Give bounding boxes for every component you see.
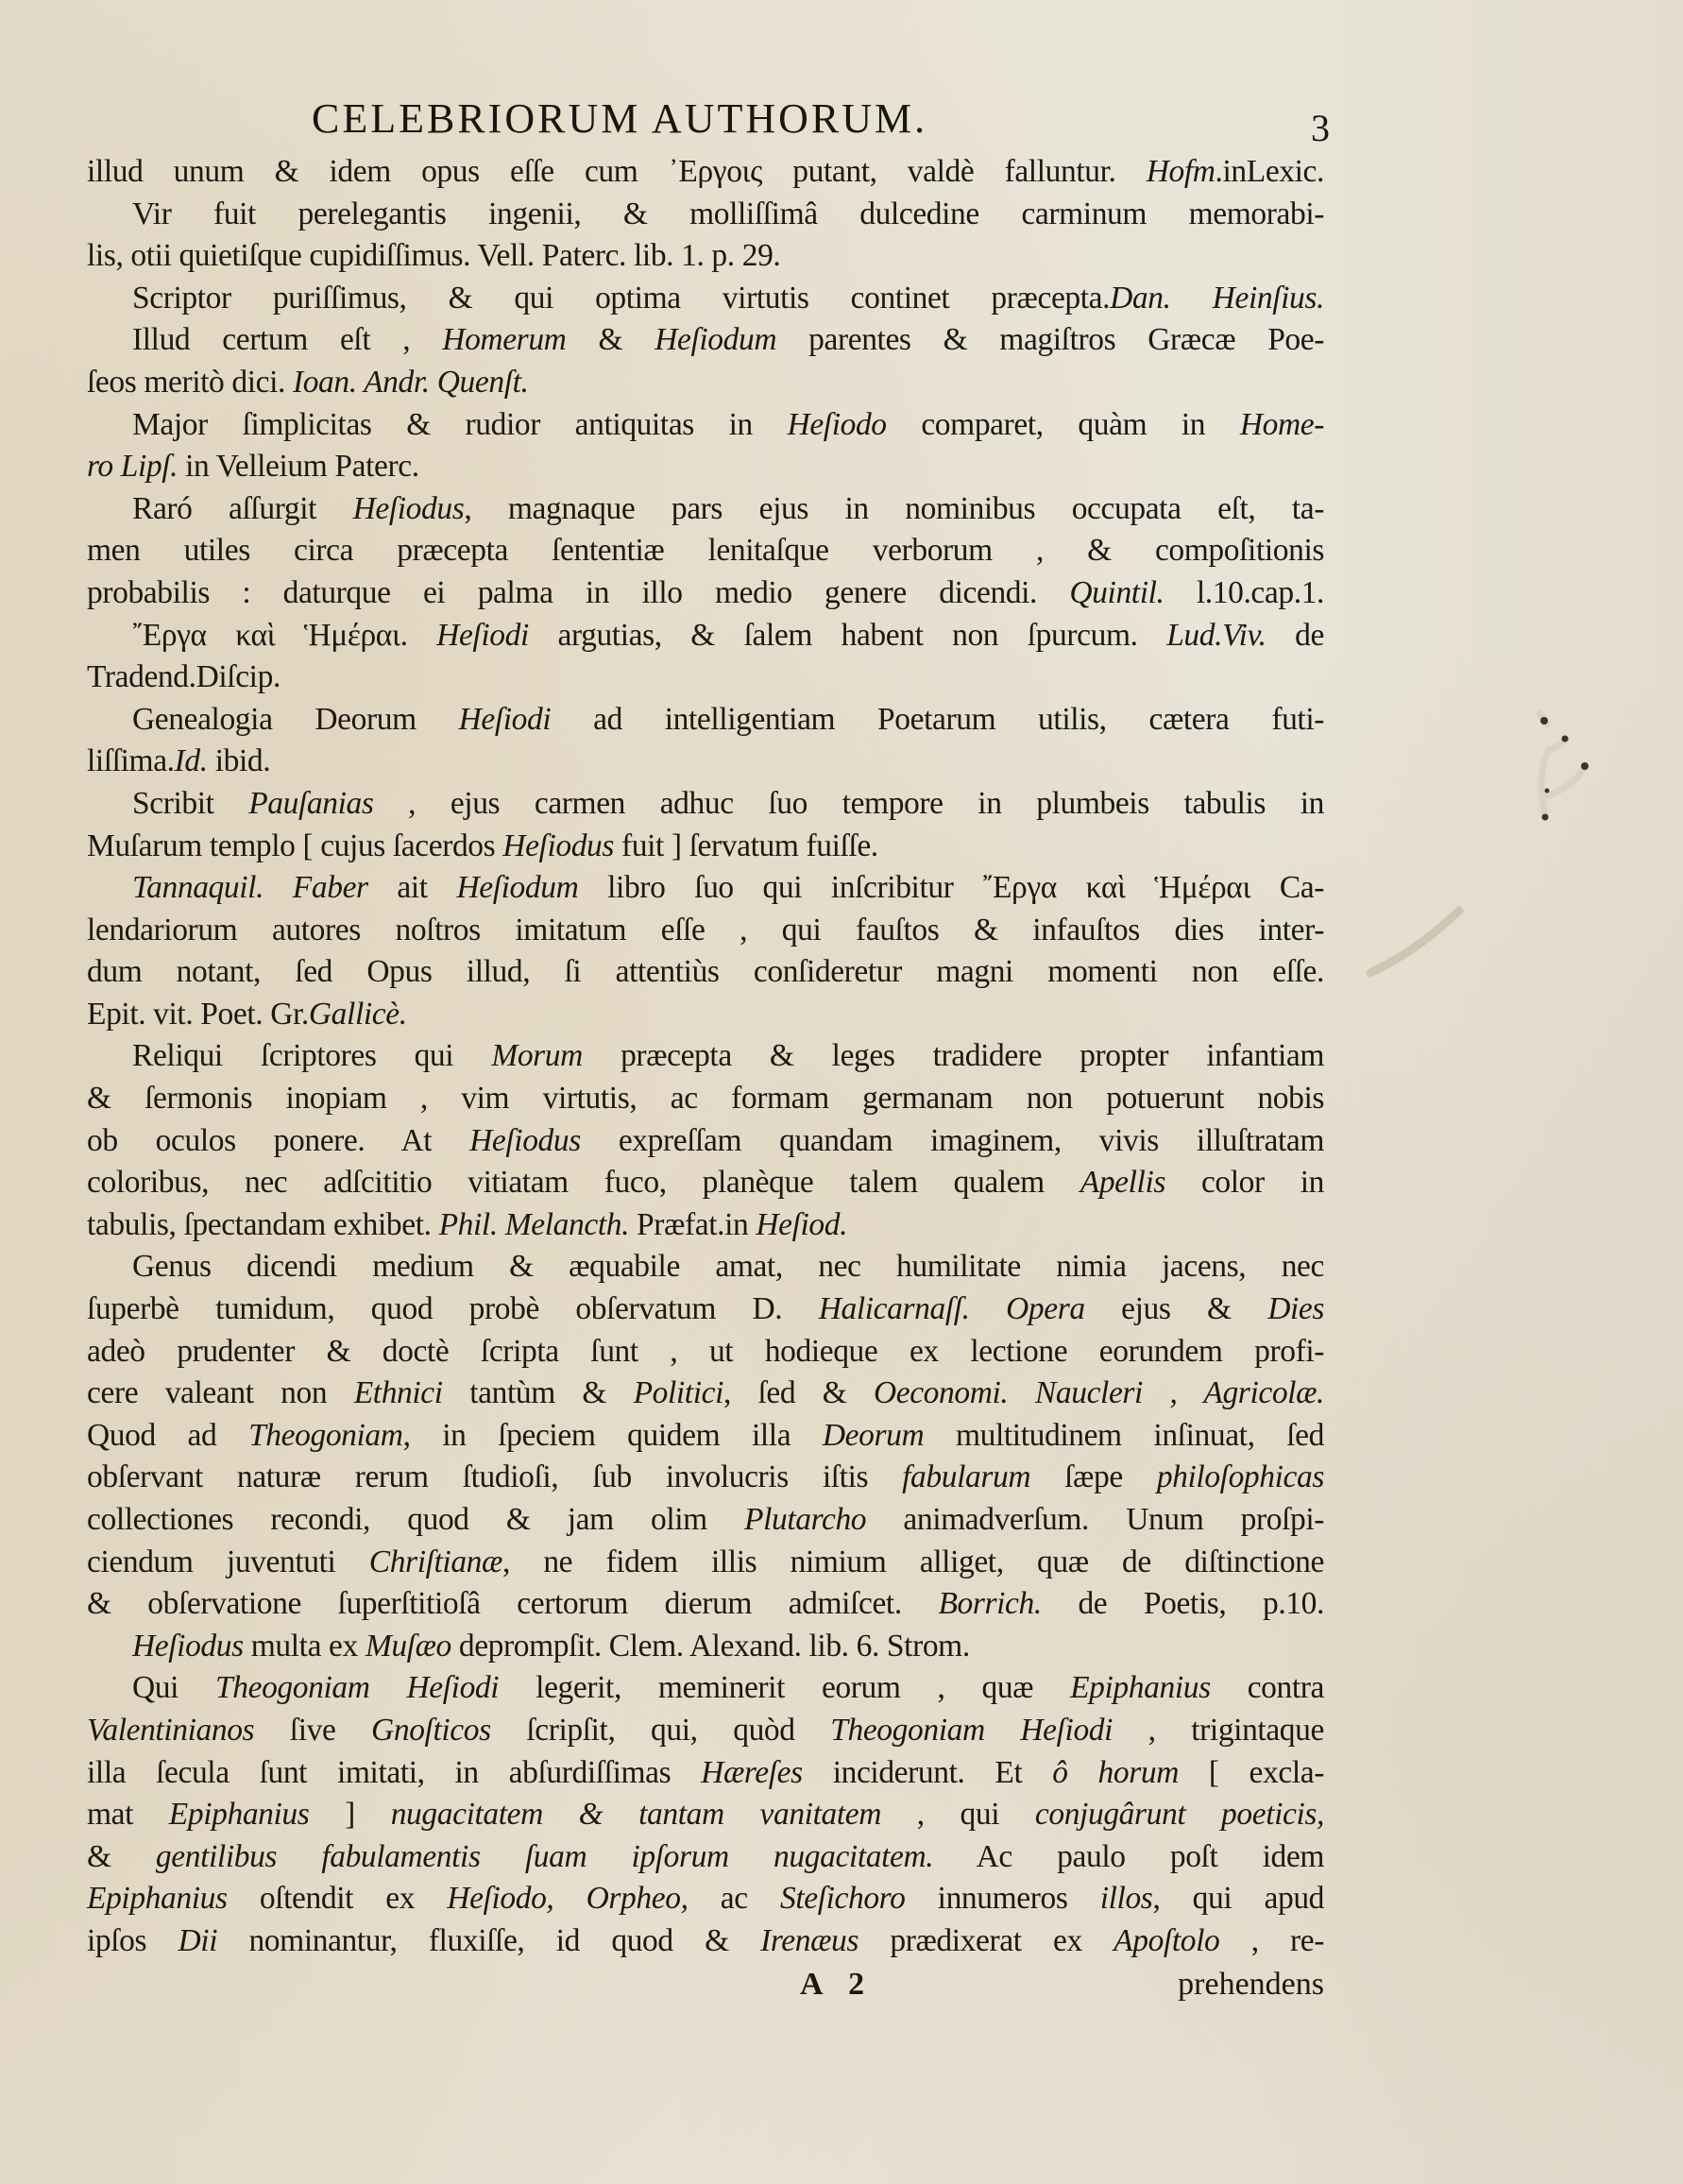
roman-text: & obſervatione ſuperſtitioſâ certorum di… bbox=[87, 1586, 938, 1621]
roman-text: legerit, meminerit eorum , quæ bbox=[499, 1670, 1070, 1705]
signature-mark: A 2 bbox=[800, 1967, 874, 2003]
italic-text: Heſiodus bbox=[353, 491, 465, 526]
text-line: men utiles circa præcepta ſententiæ leni… bbox=[87, 530, 1324, 572]
text-line: ῎Εργα καὶ Ἡμέραι. Heſiodi argutias, & ſa… bbox=[87, 615, 1324, 657]
text-line: Scriptor puriſſimus, & qui optima virtut… bbox=[87, 278, 1324, 320]
italic-text: Halicarnaſſ. Opera bbox=[819, 1291, 1085, 1326]
roman-text: illa ſecula ſunt imitati, in abſurdiſſim… bbox=[87, 1755, 701, 1790]
italic-text: Ioan. Andr. Quenſt. bbox=[293, 365, 529, 400]
roman-text: , magnaque pars ejus in nominibus occupa… bbox=[464, 491, 1324, 526]
italic-text: Heſiodo bbox=[788, 407, 887, 442]
italic-text: Chriſtianæ bbox=[369, 1544, 502, 1579]
roman-text: ῎Εργα καὶ Ἡμέραι. bbox=[132, 618, 436, 653]
italic-text: Muſæo bbox=[365, 1629, 451, 1664]
text-line: & obſervatione ſuperſtitioſâ certorum di… bbox=[87, 1583, 1324, 1626]
text-line: coloribus, nec adſcititio vitiatam fuco,… bbox=[87, 1162, 1324, 1204]
roman-text: liſſima. bbox=[87, 743, 175, 778]
roman-text: parentes & magiſtros Græcæ Poe- bbox=[776, 322, 1324, 357]
text-line: Heſiodus multa ex Muſæo deprompſit. Clem… bbox=[87, 1626, 1324, 1668]
text-line: Valentinianos ſive Gnoſticos ſcripſit, q… bbox=[87, 1710, 1324, 1752]
italic-text: Dan. Heinſius. bbox=[1110, 281, 1324, 316]
italic-text: Gallicè. bbox=[309, 997, 407, 1032]
text-line: illa ſecula ſunt imitati, in abſurdiſſim… bbox=[87, 1752, 1324, 1795]
roman-text: oſtendit ex bbox=[228, 1881, 448, 1916]
italic-text: Theogoniam Heſiodi bbox=[215, 1670, 499, 1705]
roman-text: ᾿Εργοις bbox=[669, 154, 762, 189]
roman-text: , ne fidem illis nimium alliget, quæ de … bbox=[502, 1544, 1324, 1579]
roman-text: lendariorum autores noſtros imitatum eſſ… bbox=[87, 913, 1324, 947]
italic-text: Heſiod. bbox=[756, 1207, 847, 1242]
roman-text: nominantur, fluxiſſe, id quod & bbox=[217, 1923, 760, 1958]
italic-text: gentilibus fabulamentis ſuam ipſorum nug… bbox=[156, 1839, 933, 1874]
text-line: Genus dicendi medium & æquabile amat, ne… bbox=[87, 1246, 1324, 1288]
roman-text: color in bbox=[1165, 1165, 1324, 1200]
roman-text: , qui apud bbox=[1152, 1881, 1324, 1916]
italic-text: Dii bbox=[178, 1923, 218, 1958]
roman-text: ipſos bbox=[87, 1923, 178, 1958]
text-line: ciendum juventuti Chriſtianæ, ne fidem i… bbox=[87, 1542, 1324, 1584]
roman-text: Præfat.in bbox=[629, 1207, 756, 1242]
text-line: probabilis : daturque ei palma in illo m… bbox=[87, 572, 1324, 615]
running-head: CELEBRIORUM AUTHORUM. bbox=[312, 94, 927, 143]
text-line: Illud certum eſt , Homerum & Heſiodum pa… bbox=[87, 319, 1324, 362]
roman-text: , in ſpeciem quidem illa bbox=[403, 1418, 823, 1453]
text-line: illud unum & idem opus eſſe cum ᾿Εργοις … bbox=[87, 151, 1324, 194]
roman-text: ſeos meritò dici. bbox=[87, 365, 293, 400]
italic-text: Dies bbox=[1267, 1291, 1324, 1326]
text-line: adeò prudenter & doctè ſcripta ſunt , ut… bbox=[87, 1331, 1324, 1374]
body-text: illud unum & idem opus eſſe cum ᾿Εργοις … bbox=[87, 151, 1324, 1963]
text-line: collectiones recondi, quod & jam olim Pl… bbox=[87, 1499, 1324, 1542]
roman-text: multitudinem inſinuat, ſed bbox=[924, 1418, 1324, 1453]
text-line: ſuperbè tumidum, quod probè obſervatum D… bbox=[87, 1288, 1324, 1331]
text-line: obſervant naturæ rerum ſtudioſi, ſub inv… bbox=[87, 1457, 1324, 1499]
italic-text: Epiphanius bbox=[87, 1881, 228, 1916]
italic-text: Morum bbox=[491, 1038, 583, 1073]
roman-text: expreſſam quandam imaginem, vivis illuſt… bbox=[581, 1123, 1324, 1158]
roman-text: Scriptor puriſſimus, & qui optima virtut… bbox=[132, 281, 1110, 316]
roman-text: deprompſit. Clem. Alexand. lib. 6. Strom… bbox=[451, 1629, 970, 1664]
roman-text: ſcripſit, qui, quòd bbox=[491, 1713, 831, 1748]
roman-text: ejus & bbox=[1085, 1291, 1267, 1326]
roman-text: fuit ] ſervatum fuiſſe. bbox=[614, 828, 878, 863]
italic-text: Heſiodo, Orpheo, bbox=[447, 1881, 688, 1916]
italic-text: Heſiodi bbox=[459, 702, 552, 737]
roman-text: libro ſuo qui inſcribitur ῎Εργα καὶ Ἡμέρ… bbox=[578, 870, 1324, 905]
italic-text: Heſiodum bbox=[456, 870, 578, 905]
roman-text: multa ex bbox=[244, 1629, 365, 1664]
roman-text: ſæpe bbox=[1030, 1459, 1157, 1494]
roman-text: ſive bbox=[254, 1713, 371, 1748]
roman-text: lis, otii quietiſque cupidiſſimus. Vell.… bbox=[87, 238, 780, 273]
roman-text: ] bbox=[309, 1797, 390, 1832]
roman-text: Genealogia Deorum bbox=[132, 702, 459, 737]
italic-text: Heſiodus bbox=[502, 828, 614, 863]
roman-text: animadverſum. Unum proſpi- bbox=[866, 1502, 1324, 1537]
text-line: ro Lipſ. in Velleium Paterc. bbox=[87, 446, 1324, 488]
margin-scratch-mark-icon bbox=[1365, 897, 1478, 982]
roman-text: ad intelligentiam Poetarum utilis, cæter… bbox=[551, 702, 1324, 737]
roman-text: ait bbox=[368, 870, 457, 905]
roman-text: ibid. bbox=[208, 743, 270, 778]
roman-text: comparet, quàm in bbox=[887, 407, 1240, 442]
catchword: prehendens bbox=[1178, 1967, 1324, 2003]
roman-text: , ſed & bbox=[723, 1375, 874, 1410]
italic-text: Apellis bbox=[1080, 1165, 1165, 1200]
roman-text: .inLexic. bbox=[1215, 154, 1324, 189]
text-line: & ſermonis inopiam , vim virtutis, ac fo… bbox=[87, 1078, 1324, 1120]
roman-text: & bbox=[566, 322, 654, 357]
text-line: ipſos Dii nominantur, fluxiſſe, id quod … bbox=[87, 1920, 1324, 1963]
italic-text: Heſiodi bbox=[436, 618, 529, 653]
text-line: Major ſimplicitas & rudior antiquitas in… bbox=[87, 404, 1324, 447]
text-line: mat Epiphanius ] nugacitatem & tantam va… bbox=[87, 1794, 1324, 1836]
roman-text: Ac paulo poſt idem bbox=[933, 1839, 1324, 1874]
italic-text: Borrich. bbox=[938, 1586, 1041, 1621]
roman-text: Illud certum eſt , bbox=[132, 322, 442, 357]
italic-text: Plutarcho bbox=[744, 1502, 866, 1537]
text-line: Reliqui ſcriptores qui Morum præcepta & … bbox=[87, 1035, 1324, 1078]
italic-text: Hæreſes bbox=[701, 1755, 803, 1790]
italic-text: philoſophicas bbox=[1157, 1459, 1324, 1494]
italic-text: Pauſanias bbox=[248, 786, 373, 821]
roman-text: de bbox=[1266, 618, 1324, 653]
roman-text: ac bbox=[688, 1881, 780, 1916]
italic-text: Valentinianos bbox=[87, 1713, 254, 1748]
text-line: Epiphanius oſtendit ex Heſiodo, Orpheo, … bbox=[87, 1878, 1324, 1920]
roman-text: probabilis : daturque ei palma in illo m… bbox=[87, 575, 1069, 610]
roman-text: , ejus carmen adhuc ſuo tempore in plumb… bbox=[373, 786, 1324, 821]
book-page: CELEBRIORUM AUTHORUM. 3 illud unum & ide… bbox=[0, 0, 1683, 2184]
roman-text: contra bbox=[1211, 1670, 1324, 1705]
roman-text: Quod ad bbox=[87, 1418, 248, 1453]
roman-text: dum notant, ſed Opus illud, ſi attentiùs… bbox=[87, 954, 1324, 989]
text-line: Tannaquil. Faber ait Heſiodum libro ſuo … bbox=[87, 867, 1324, 910]
roman-text: ciendum juventuti bbox=[87, 1544, 369, 1579]
roman-text: ob oculos ponere. At bbox=[87, 1123, 469, 1158]
roman-text: collectiones recondi, quod & jam olim bbox=[87, 1502, 744, 1537]
italic-text: Homerum bbox=[442, 322, 566, 357]
italic-text: fabularum bbox=[902, 1459, 1030, 1494]
italic-text: illos bbox=[1100, 1881, 1153, 1916]
italic-text: Quintil. bbox=[1069, 575, 1164, 610]
roman-text: Vir fuit perelegantis ingenii, & molliſſ… bbox=[132, 196, 1324, 231]
roman-text: Muſarum templo [ cujus ſacerdos bbox=[87, 828, 502, 863]
roman-text: prædixerat ex bbox=[858, 1923, 1113, 1958]
text-line: Scribit Pauſanias , ejus carmen adhuc ſu… bbox=[87, 783, 1324, 826]
italic-text: Tannaquil. Faber bbox=[132, 870, 368, 905]
italic-text: Oeconomi. Naucleri , Agricolæ. bbox=[874, 1375, 1324, 1410]
roman-text: Genus dicendi medium & æquabile amat, ne… bbox=[132, 1249, 1324, 1284]
text-line: Epit. vit. Poet. Gr.Gallicè. bbox=[87, 994, 1324, 1036]
italic-text: Heſiodus bbox=[469, 1123, 581, 1158]
roman-text: Qui bbox=[132, 1670, 215, 1705]
roman-text: ſuperbè tumidum, quod probè obſervatum D… bbox=[87, 1291, 819, 1326]
page-footer: A 2 prehendens bbox=[87, 1967, 1324, 2014]
italic-text: Irenæus bbox=[760, 1923, 858, 1958]
roman-text: obſervant naturæ rerum ſtudioſi, ſub inv… bbox=[87, 1459, 902, 1494]
roman-text: coloribus, nec adſcititio vitiatam fuco,… bbox=[87, 1165, 1080, 1200]
text-line: ſeos meritò dici. Ioan. Andr. Quenſt. bbox=[87, 362, 1324, 404]
roman-text: tantùm & bbox=[443, 1375, 634, 1410]
italic-text: Phil. Melancth. bbox=[439, 1207, 629, 1242]
roman-text: innumeros bbox=[905, 1881, 1099, 1916]
roman-text: de Poetis, p.10. bbox=[1042, 1586, 1324, 1621]
text-line: cere valeant non Ethnici tantùm & Politi… bbox=[87, 1373, 1324, 1415]
italic-text: Ethnici bbox=[354, 1375, 443, 1410]
roman-text: argutias, & ſalem habent non ſpurcum. bbox=[529, 618, 1166, 653]
text-line: lis, otii quietiſque cupidiſſimus. Vell.… bbox=[87, 235, 1324, 278]
roman-text: inciderunt. Et bbox=[803, 1755, 1052, 1790]
italic-text: Heſiodus bbox=[132, 1629, 244, 1664]
italic-text: ô horum bbox=[1052, 1755, 1179, 1790]
text-line: liſſima.Id. ibid. bbox=[87, 741, 1324, 783]
text-line: Vir fuit perelegantis ingenii, & molliſſ… bbox=[87, 194, 1324, 236]
roman-text: adeò prudenter & doctè ſcripta ſunt , ut… bbox=[87, 1334, 1324, 1369]
italic-text: Epiphanius bbox=[169, 1797, 310, 1832]
roman-text: & bbox=[87, 1839, 156, 1874]
roman-text: , trigintaque bbox=[1113, 1713, 1324, 1748]
text-line: tabulis, ſpectandam exhibet. Phil. Melan… bbox=[87, 1204, 1324, 1247]
roman-text: Tradend.Diſcip. bbox=[87, 659, 280, 694]
italic-text: ro Lipſ. bbox=[87, 449, 178, 484]
italic-text: Home- bbox=[1240, 407, 1324, 442]
italic-text: Steſichoro bbox=[780, 1881, 905, 1916]
text-line: Muſarum templo [ cujus ſacerdos Heſiodus… bbox=[87, 826, 1324, 868]
roman-text: illud unum & idem opus eſſe cum bbox=[87, 154, 669, 189]
text-line: & gentilibus fabulamentis ſuam ipſorum n… bbox=[87, 1836, 1324, 1879]
italic-text: Epiphanius bbox=[1070, 1670, 1211, 1705]
roman-text: , re- bbox=[1219, 1923, 1324, 1958]
italic-text: Heſiodum bbox=[654, 322, 776, 357]
roman-text: Reliqui ſcriptores qui bbox=[132, 1038, 491, 1073]
text-line: Qui Theogoniam Heſiodi legerit, memineri… bbox=[87, 1667, 1324, 1710]
text-line: ob oculos ponere. At Heſiodus expreſſam … bbox=[87, 1120, 1324, 1163]
roman-text: Raró aſſurgit bbox=[132, 491, 353, 526]
italic-text: Theogoniam Heſiodi bbox=[830, 1713, 1113, 1748]
roman-text: mat bbox=[87, 1797, 169, 1832]
roman-text: præcepta & leges tradidere propter infan… bbox=[583, 1038, 1324, 1073]
text-line: Tradend.Diſcip. bbox=[87, 657, 1324, 699]
roman-text: Epit. vit. Poet. Gr. bbox=[87, 997, 309, 1032]
italic-text: nugacitatem & tantam vanitatem bbox=[391, 1797, 881, 1832]
italic-text: Gnoſticos bbox=[371, 1713, 491, 1748]
roman-text: putant, valdè falluntur. bbox=[762, 154, 1147, 189]
italic-text: Hofm bbox=[1147, 154, 1215, 189]
text-line: Genealogia Deorum Heſiodi ad intelligent… bbox=[87, 699, 1324, 742]
text-line: lendariorum autores noſtros imitatum eſſ… bbox=[87, 910, 1324, 952]
roman-text: cere valeant non bbox=[87, 1375, 354, 1410]
roman-text: Scribit bbox=[132, 786, 248, 821]
roman-text: men utiles circa præcepta ſententiæ leni… bbox=[87, 533, 1324, 568]
roman-text: tabulis, ſpectandam exhibet. bbox=[87, 1207, 439, 1242]
margin-ink-mark-icon bbox=[1511, 704, 1615, 836]
italic-text: Politici bbox=[634, 1375, 723, 1410]
roman-text: l.10.cap.1. bbox=[1164, 575, 1325, 610]
roman-text: [ excla- bbox=[1179, 1755, 1324, 1790]
roman-text: , qui bbox=[881, 1797, 1035, 1832]
italic-text: Lud.Viv. bbox=[1166, 618, 1266, 653]
italic-text: Apoſtolo bbox=[1113, 1923, 1219, 1958]
italic-text: Theogoniam bbox=[248, 1418, 403, 1453]
page-number: 3 bbox=[1311, 106, 1330, 150]
text-line: Quod ad Theogoniam, in ſpeciem quidem il… bbox=[87, 1415, 1324, 1458]
text-line: dum notant, ſed Opus illud, ſi attentiùs… bbox=[87, 951, 1324, 994]
roman-text: in Velleium Paterc. bbox=[178, 449, 419, 484]
roman-text: & ſermonis inopiam , vim virtutis, ac fo… bbox=[87, 1081, 1324, 1116]
italic-text: Deorum bbox=[823, 1418, 924, 1453]
roman-text: Major ſimplicitas & rudior antiquitas in bbox=[132, 407, 788, 442]
italic-text: Id. bbox=[175, 743, 208, 778]
italic-text: conjugârunt poeticis, bbox=[1035, 1797, 1324, 1832]
text-line: Raró aſſurgit Heſiodus, magnaque pars ej… bbox=[87, 488, 1324, 531]
